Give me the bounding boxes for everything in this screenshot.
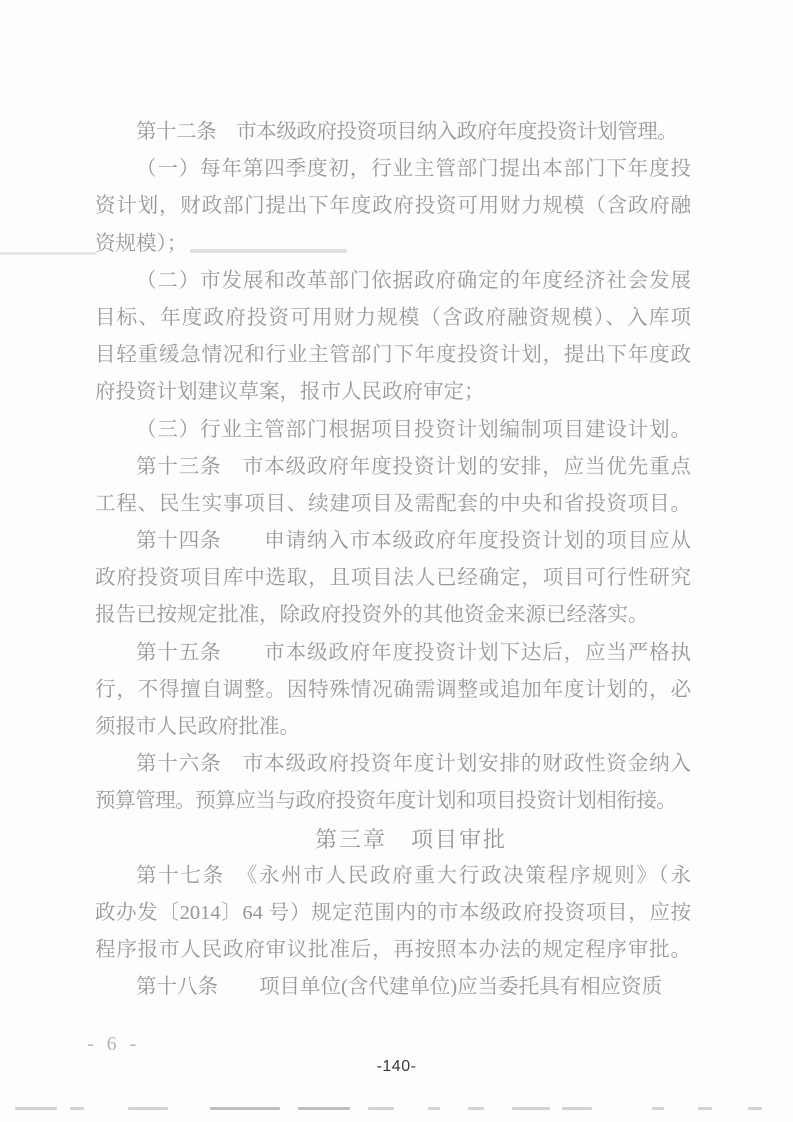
document-line: 资计划，财政部门提出下年度政府投资可用财力规模（含政府融 (95, 188, 691, 225)
scan-artifact (512, 1107, 550, 1110)
scan-artifact (652, 1107, 664, 1110)
article-18-heading-line: 第十八条 项目单位(含代建单位)应当委托具有相应资质 (95, 969, 691, 1006)
document-page-number: -140- (0, 1058, 793, 1076)
article-16-heading-line: 第十六条 市本级政府投资年度计划安排的财政性资金纳入 (95, 746, 691, 783)
document-line: 须报市人民政府批准。 (95, 709, 691, 746)
document-line: 预算管理。预算应当与政府投资年度计划和项目投资计划相衔接。 (95, 783, 691, 820)
document-line: 目标、年度政府投资可用财力规模（含政府融资规模）、入库项 (95, 300, 691, 337)
document-line: 报告已按规定批准，除政府投资外的其他资金来源已经落实。 (95, 597, 691, 634)
document-line: 目轻重缓急情况和行业主管部门下年度投资计划，提出下年度政 (95, 337, 691, 374)
scan-artifact (428, 1107, 440, 1110)
article-17-heading-line: 第十七条 《永州市人民政府重大行政决策程序规则》（永 (95, 858, 691, 895)
article-13-heading-line: 第十三条 市本级政府年度投资计划的安排，应当优先重点 (95, 449, 691, 486)
document-line: 府投资计划建议草案，报市人民政府审定； (95, 374, 691, 411)
article-15-heading-line: 第十五条 市本级政府年度投资计划下达后，应当严格执 (95, 635, 691, 672)
scan-artifact (210, 1107, 280, 1110)
scan-artifact (128, 1107, 168, 1110)
scan-artifact (368, 1107, 394, 1110)
document-body: 第十二条 市本级政府投资项目纳入政府年度投资计划管理。 （一）每年第四季度初，行… (95, 114, 691, 1007)
scan-artifact (468, 1107, 484, 1110)
scan-artifact (0, 252, 96, 255)
article-12-heading-line: 第十二条 市本级政府投资项目纳入政府年度投资计划管理。 (95, 114, 691, 151)
document-line: 资规模）； (95, 226, 691, 263)
scanned-document-page: 第十二条 市本级政府投资项目纳入政府年度投资计划管理。 （一）每年第四季度初，行… (0, 0, 793, 1122)
scan-artifact (190, 249, 347, 253)
scan-artifact (748, 1107, 762, 1110)
article-14-heading-line: 第十四条 申请纳入市本级政府年度投资计划的项目应从 (95, 523, 691, 560)
scan-artifact (698, 1107, 712, 1110)
scan-artifact (562, 1107, 592, 1110)
document-line: （一）每年第四季度初，行业主管部门提出本部门下年度投 (95, 151, 691, 188)
scan-artifact (15, 1107, 57, 1110)
document-line: （三）行业主管部门根据项目投资计划编制项目建设计划。 (95, 412, 691, 449)
document-line: 工程、民生实事项目、续建项目及需配套的中央和省投资项目。 (95, 486, 691, 523)
document-line: 行，不得擅自调整。因特殊情况确需调整或追加年度计划的，必 (95, 672, 691, 709)
scan-artifact (298, 1107, 350, 1110)
document-line: 政府投资项目库中选取，且项目法人已经确定，项目可行性研究 (95, 560, 691, 597)
document-line: 程序报市人民政府审议批准后，再按照本办法的规定程序审批。 (95, 932, 691, 969)
document-line: （二）市发展和改革部门依据政府确定的年度经济社会发展 (95, 263, 691, 300)
document-line: 政办发〔2014〕64 号）规定范围内的市本级政府投资项目，应按 (95, 895, 691, 932)
scan-artifact (70, 1107, 84, 1110)
folio-page-number: - 6 - (87, 1033, 140, 1056)
chapter-3-heading: 第三章 项目审批 (113, 821, 709, 858)
